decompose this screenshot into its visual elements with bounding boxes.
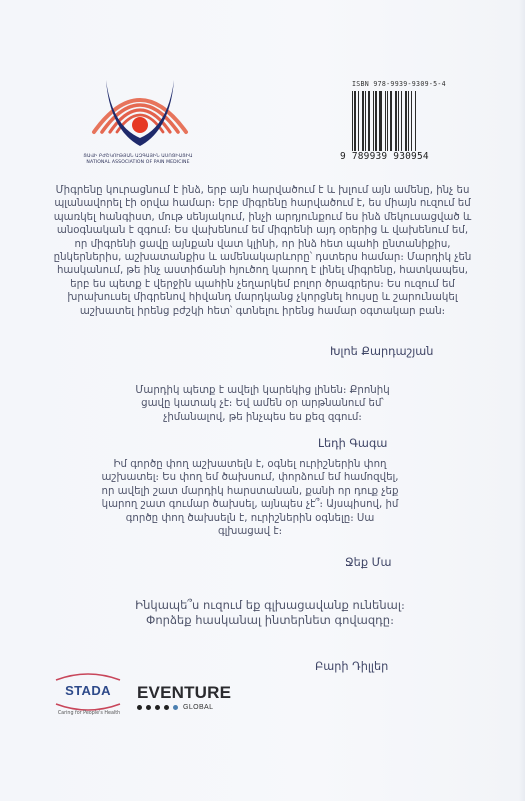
quote-author: Խլոե Քարդաշյան — [330, 345, 433, 358]
eventure-logo: EVENTURE GLOBAL — [137, 683, 231, 711]
dot-icon — [164, 705, 169, 710]
quote-text: Միգրենը կուրացնում է ինձ, երբ այն հարված… — [50, 184, 475, 318]
stada-logo: STADA Caring for People's Health — [52, 670, 124, 720]
book-back-cover: ՑԱՎԻ ԲԺՇԿՈՒԹՅԱՆ ԱԶԳԱՅԻՆ ԱՍՈՑԻԱՑԻԱ NATION… — [0, 0, 525, 801]
quote-text: Իմ գործը փող աշխատելն է, օգնել ուրիշների… — [100, 458, 400, 538]
barcode-number: 9 789939 930954 — [340, 151, 450, 162]
eventure-subline: GLOBAL — [137, 704, 231, 711]
dot-icon — [173, 705, 178, 710]
organization-caption: ՑԱՎԻ ԲԺՇԿՈՒԹՅԱՆ ԱԶԳԱՅԻՆ ԱՍՈՑԻԱՑԻԱ NATION… — [68, 154, 208, 166]
isbn-label: ISBN 978-9939-9309-5-4 — [352, 80, 450, 88]
quote-author: Ջեք Մա — [345, 556, 392, 569]
dot-icon — [137, 705, 142, 710]
page-edge — [519, 0, 525, 801]
stada-name: STADA — [52, 683, 124, 698]
dot-icon — [155, 705, 160, 710]
dot-icon — [146, 705, 151, 710]
pain-medicine-logo-icon — [80, 70, 200, 150]
stada-tagline: Caring for People's Health — [50, 711, 128, 716]
isbn-barcode-block: ISBN 978-9939-9309-5-4 9 789939 930954 — [340, 80, 450, 162]
eventure-name: EVENTURE — [137, 683, 231, 703]
barcode-icon — [352, 91, 450, 151]
eventure-sub: GLOBAL — [183, 704, 213, 711]
quote-text: Մարդիկ պետք է ավելի կարեկից լինեն։ Քրոնի… — [120, 384, 405, 424]
quote-author: Լեդի Գագա — [318, 437, 387, 450]
quote-text: Ինկապե՞ս ուզում եք գլխացավանք ունենալ։ Փ… — [120, 598, 420, 628]
quote-author: Բարի Դիլլեր — [315, 660, 388, 673]
caption-english: NATIONAL ASSOCIATION OF PAIN MEDICINE — [68, 160, 208, 166]
